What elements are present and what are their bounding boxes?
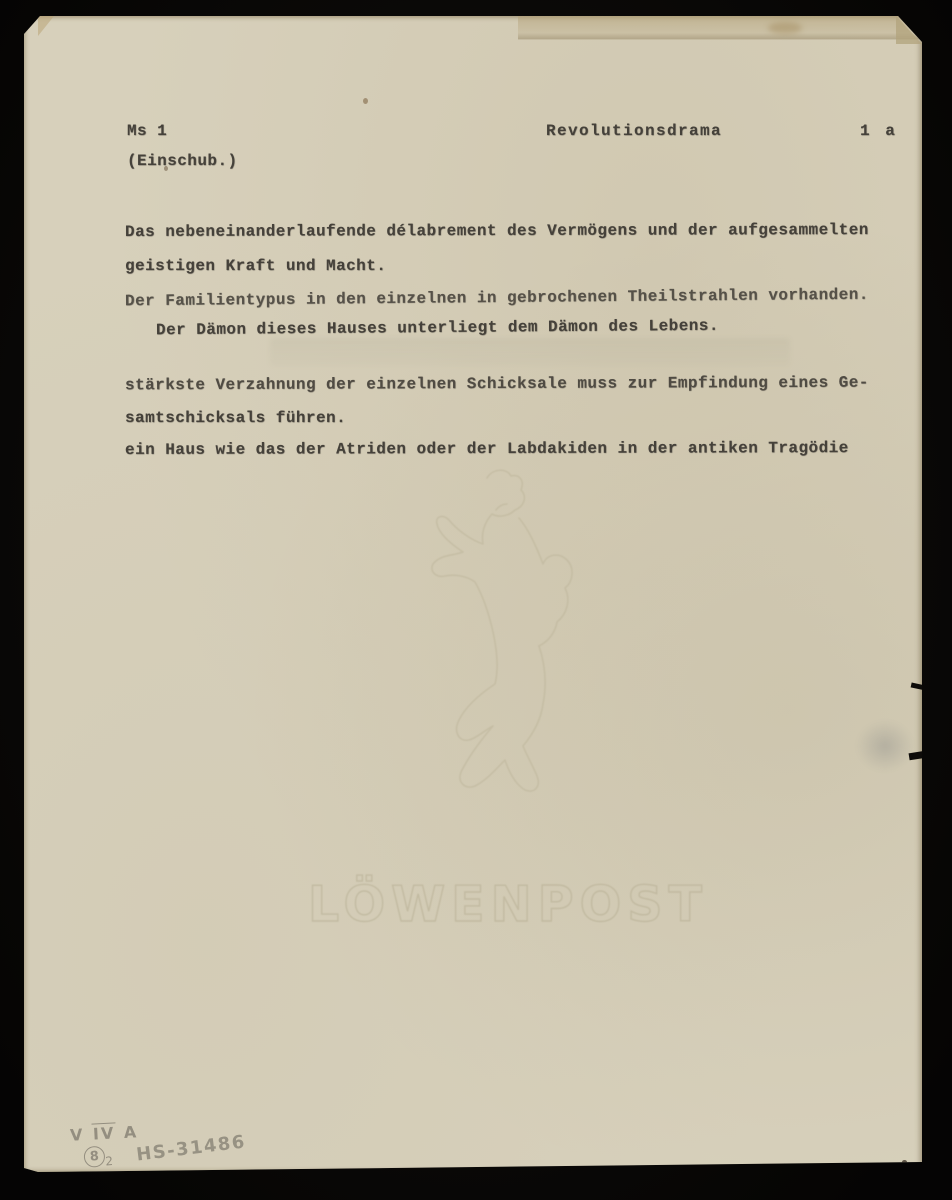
- ink-smudge-stain: [856, 720, 914, 772]
- body-line: Der Dämon dieses Hauses unterliegt dem D…: [156, 317, 719, 339]
- body-line: geistigen Kraft und Macht.: [125, 257, 386, 275]
- folio-number: 1 a: [860, 122, 898, 140]
- manuscript-number: Ms 1: [127, 122, 167, 140]
- archive-classmark: V IV A: [70, 1122, 139, 1145]
- circled-subscript: 2: [105, 1154, 114, 1168]
- body-line: ein Haus wie das der Atriden oder der La…: [125, 439, 849, 459]
- page-title: Revolutionsdrama: [546, 122, 722, 140]
- circled-number: 8: [83, 1146, 105, 1168]
- body-line: Der Familientypus in den einzelnen in ge…: [125, 286, 869, 310]
- shelfmark-number: HS-31486: [135, 1131, 247, 1165]
- fold-stain: [768, 22, 802, 34]
- archive-circled-number: 82: [83, 1145, 113, 1170]
- lowenpost-watermark-text: LÖWENPOST: [308, 876, 708, 933]
- lion-rampant-watermark: [395, 462, 575, 822]
- subheader-einschub: (Einschub.): [127, 152, 238, 170]
- body-line: samtschicksals führen.: [125, 409, 346, 427]
- manuscript-page: LÖWENPOST Ms 1 Revolutionsdrama 1 a (Ein…: [24, 16, 922, 1172]
- body-line: Das nebeneinanderlaufende délabrement de…: [125, 221, 869, 241]
- classmark-roman-overlined: IV: [91, 1122, 116, 1143]
- body-line: stärkste Verzahnung der einzelnen Schick…: [125, 374, 869, 395]
- scan-background: { "document": { "header": { "left": "Ms …: [0, 0, 952, 1200]
- paper-speck: [363, 98, 368, 104]
- top-left-corner-fold: [38, 16, 54, 36]
- classmark-v: V: [70, 1125, 85, 1145]
- top-edge-fold: [518, 16, 922, 40]
- classmark-letter: A: [123, 1122, 138, 1142]
- faint-embossed-stamp: [270, 338, 790, 366]
